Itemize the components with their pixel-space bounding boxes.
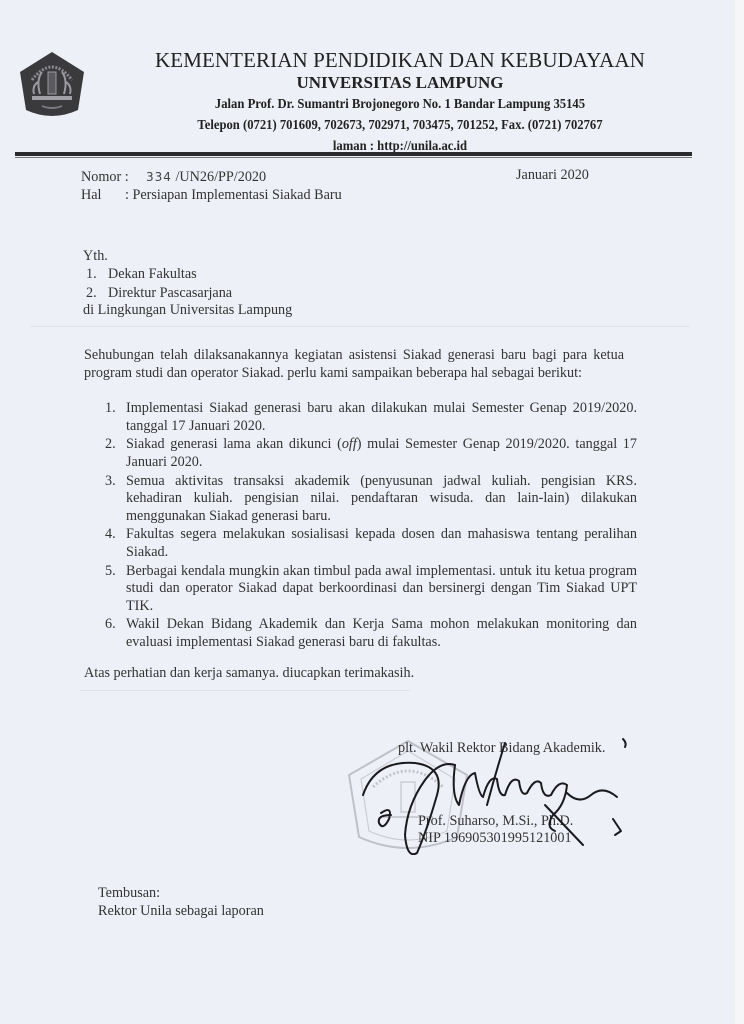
hal-label: Hal: [81, 187, 102, 204]
cc-label: Tembusan:: [98, 885, 160, 902]
points-list: 1.Implementasi Siakad generasi baru akan…: [105, 400, 637, 653]
list-item: 3.Semua aktivitas transaksi akademik (pe…: [105, 473, 637, 526]
university-address: Jalan Prof. Dr. Sumantri Brojonegoro No.…: [121, 96, 679, 112]
letterhead-divider: [15, 152, 692, 156]
letter-date: Januari 2020: [516, 167, 589, 184]
letter-page: KEMENTERIAN PENDIDIKAN DAN KEBUDAYAAN UN…: [0, 0, 735, 1024]
nomor-value: 334 /UN26/PP/2020: [146, 169, 266, 186]
nomor-suffix: /UN26/PP/2020: [175, 169, 266, 185]
scan-artifact: [80, 690, 410, 691]
cc-item: Rektor Unila sebagai laporan: [98, 903, 264, 920]
intro-paragraph: Sehubungan telah dilaksanakannya kegiata…: [84, 346, 624, 382]
page-edge: [735, 0, 744, 1024]
scan-artifact: [30, 326, 690, 327]
hal-value: : Persiapan Implementasi Siakad Baru: [125, 187, 342, 204]
salutation: Yth.: [83, 248, 108, 265]
university-phone: Telepon (0721) 701609, 702673, 702971, 7…: [121, 117, 679, 133]
university-emblem-icon: [18, 50, 86, 120]
list-item: 5.Berbagai kendala mungkin akan timbul p…: [105, 563, 637, 616]
list-item: 6.Wakil Dekan Bidang Akademik dan Kerja …: [105, 616, 637, 651]
list-item: 2.Siakad generasi lama akan dikunci (off…: [105, 436, 637, 471]
recipient-location: di Lingkungan Universitas Lampung: [83, 302, 292, 319]
handwritten-signature-icon: [355, 735, 635, 855]
nomor-handwritten: 334: [146, 170, 172, 184]
closing-sentence: Atas perhatian dan kerja samanya. diucap…: [84, 665, 414, 682]
list-item: 4.Fakultas segera melakukan sosialisasi …: [105, 526, 637, 561]
nomor-label: Nomor :: [81, 169, 129, 186]
list-item: 1.Implementasi Siakad generasi baru akan…: [105, 400, 637, 435]
recipient-item: 2.Direktur Pascasarjana: [86, 285, 232, 302]
letterhead-divider-thin: [15, 157, 692, 158]
ministry-name: KEMENTERIAN PENDIDIKAN DAN KEBUDAYAAN: [100, 48, 700, 73]
university-name: UNIVERSITAS LAMPUNG: [100, 73, 700, 93]
recipient-item: 1.Dekan Fakultas: [86, 266, 197, 283]
